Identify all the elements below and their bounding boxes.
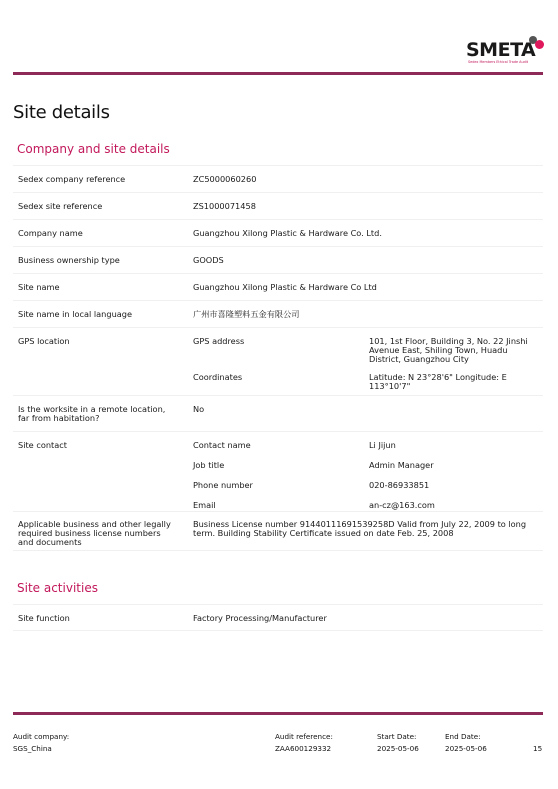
contact-name-value: Li Jijun xyxy=(369,441,539,450)
table-row: Site name Guangzhou Xilong Plastic & Har… xyxy=(13,273,543,300)
row-value: ZC5000060260 xyxy=(193,175,538,184)
audit-reference-label: Audit reference: xyxy=(275,731,333,743)
row-value: 广州市喜隆塑料五金有限公司 xyxy=(193,310,538,319)
audit-company-value: SGS_China xyxy=(13,743,69,755)
smeta-logo: SMETA Sedex Members Ethical Trade Audit xyxy=(466,38,546,68)
audit-company-label: Audit company: xyxy=(13,731,69,743)
row-label: Site function xyxy=(18,614,178,623)
job-title-value: Admin Manager xyxy=(369,461,539,470)
section-title-company: Company and site details xyxy=(17,142,170,156)
start-date-value: 2025-05-06 xyxy=(377,743,419,755)
row-label: Is the worksite in a remote location, fa… xyxy=(18,405,178,423)
table-row: Company name Guangzhou Xilong Plastic & … xyxy=(13,219,543,246)
table-row: Site name in local language 广州市喜隆塑料五金有限公… xyxy=(13,300,543,327)
coordinates-value: Latitude: N 23°28'6" Longitude: E 113°10… xyxy=(369,373,539,391)
start-date-label: Start Date: xyxy=(377,731,419,743)
row-value: Business License number 9144011169153925… xyxy=(193,520,538,538)
row-value: Guangzhou Xilong Plastic & Hardware Co L… xyxy=(193,283,538,292)
coordinates-label: Coordinates xyxy=(193,373,353,382)
footer-start-date: Start Date: 2025-05-06 xyxy=(377,731,419,755)
site-activities-table: Site function Factory Processing/Manufac… xyxy=(13,604,543,631)
contact-name-label: Contact name xyxy=(193,441,353,450)
row-value: GOODS xyxy=(193,256,538,265)
table-row-contact: Site contact Contact name Li Jijun Job t… xyxy=(13,431,543,511)
table-row: Is the worksite in a remote location, fa… xyxy=(13,395,543,431)
page-title: Site details xyxy=(13,102,110,123)
footer-end-date: End Date: 2025-05-06 xyxy=(445,731,487,755)
gps-address-label: GPS address xyxy=(193,337,353,346)
table-row: Business ownership type GOODS xyxy=(13,246,543,273)
row-label: Sedex site reference xyxy=(18,202,178,211)
header-divider xyxy=(13,72,543,75)
table-row: Site function Factory Processing/Manufac… xyxy=(13,604,543,631)
footer-audit-company: Audit company: SGS_China xyxy=(13,731,69,755)
email-label: Email xyxy=(193,501,353,510)
row-label: Site name xyxy=(18,283,178,292)
logo-wordmark: SMETA xyxy=(466,40,535,60)
email-value: an-cz@163.com xyxy=(369,501,539,510)
row-value: No xyxy=(193,405,538,414)
footer-audit-reference: Audit reference: ZAA600129332 xyxy=(275,731,333,755)
table-row: Sedex company reference ZC5000060260 xyxy=(13,165,543,192)
logo-dot-pink-icon xyxy=(535,40,544,49)
row-label: Sedex company reference xyxy=(18,175,178,184)
phone-value: 020-86933851 xyxy=(369,481,539,490)
company-details-table: Sedex company reference ZC5000060260 Sed… xyxy=(13,165,543,551)
table-row: Applicable business and other legally re… xyxy=(13,511,543,551)
row-label: Business ownership type xyxy=(18,256,178,265)
row-value: Factory Processing/Manufacturer xyxy=(193,614,538,623)
section-title-activities: Site activities xyxy=(17,581,98,595)
row-label: Site name in local language xyxy=(18,310,178,319)
row-label: Site contact xyxy=(18,441,178,450)
table-row-gps: GPS location GPS address 101, 1st Floor,… xyxy=(13,327,543,395)
gps-address-value: 101, 1st Floor, Building 3, No. 22 Jinsh… xyxy=(369,337,539,364)
end-date-value: 2025-05-06 xyxy=(445,743,487,755)
logo-tagline: Sedex Members Ethical Trade Audit xyxy=(468,60,528,64)
job-title-label: Job title xyxy=(193,461,353,470)
row-label: GPS location xyxy=(18,337,178,346)
row-label: Applicable business and other legally re… xyxy=(18,520,178,547)
page-number: 15 xyxy=(533,743,542,755)
end-date-label: End Date: xyxy=(445,731,487,743)
audit-reference-value: ZAA600129332 xyxy=(275,743,333,755)
footer-divider xyxy=(13,712,543,715)
phone-label: Phone number xyxy=(193,481,353,490)
row-label: Company name xyxy=(18,229,178,238)
table-row: Sedex site reference ZS1000071458 xyxy=(13,192,543,219)
row-value: Guangzhou Xilong Plastic & Hardware Co. … xyxy=(193,229,538,238)
row-value: ZS1000071458 xyxy=(193,202,538,211)
